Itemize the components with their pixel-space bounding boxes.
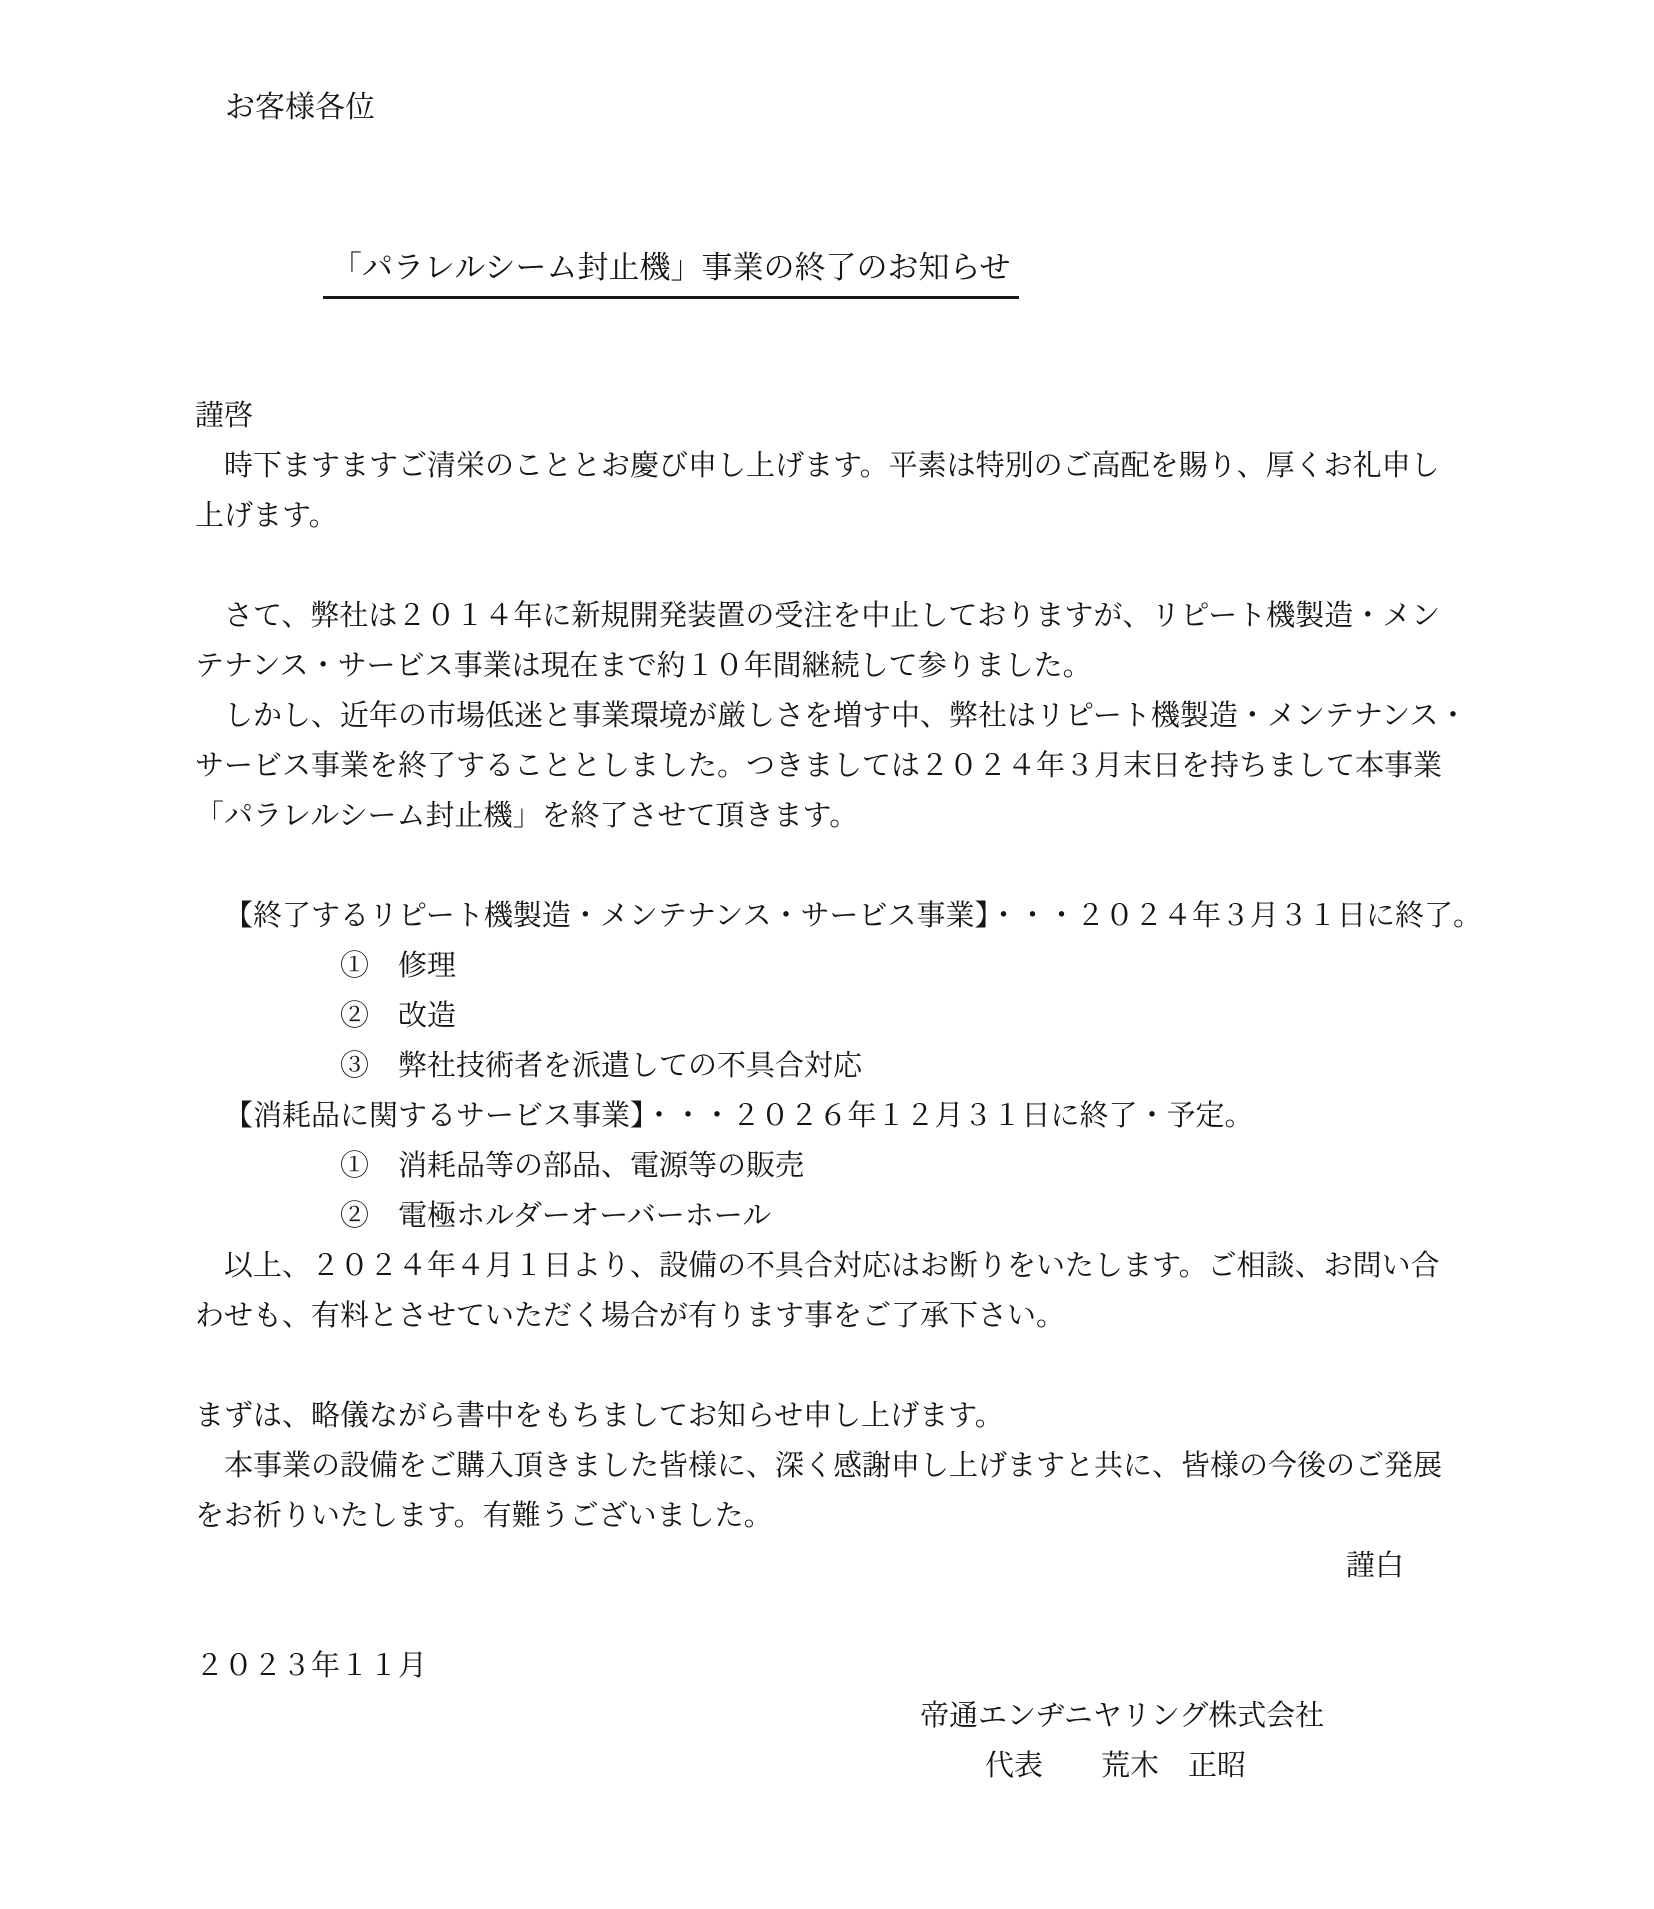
doc-line: まずは、略儀ながら書中をもちましてお知らせ申し上げます。	[195, 1391, 1484, 1441]
recipient-line: お客様各位	[195, 88, 1484, 128]
letter-document: お客様各位 「パラレルシーム封止機」事業の終了のお知らせ 謹啓時下ますますご清栄…	[0, 0, 1654, 1909]
doc-line: 本事業の設備をご購入頂きました皆様に、深く感謝申し上げますと共に、皆様の今後のご…	[195, 1441, 1484, 1491]
doc-line: ③ 弊社技術者を派遣しての不具合対応	[195, 1041, 1484, 1091]
company-name: 帝通エンヂニヤリング株式会社	[920, 1691, 1484, 1741]
doc-line: サービス事業を終了することとしました。つきましては２０２４年３月末日を持ちまして…	[195, 741, 1484, 791]
doc-line: さて、弊社は２０１４年に新規開発装置の受注を中止しておりますが、リピート機製造・…	[195, 591, 1484, 641]
doc-line: ① 消耗品等の部品、電源等の販売	[195, 1141, 1484, 1191]
doc-line: ① 修理	[195, 941, 1484, 991]
doc-line: 以上、２０２４年４月１日より、設備の不具合対応はお断りをいたします。ご相談、お問…	[195, 1241, 1484, 1291]
doc-line: 【終了するリピート機製造・メンテナンス・サービス事業】・・・２０２４年３月３１日…	[195, 891, 1484, 941]
doc-line: 時下ますますご清栄のこととお慶び申し上げます。平素は特別のご高配を賜り、厚くお礼…	[195, 441, 1484, 491]
doc-line: わせも、有料とさせていただく場合が有ります事をご了承下さい。	[195, 1291, 1484, 1341]
paragraph-gap	[195, 841, 1484, 891]
doc-line: ② 改造	[195, 991, 1484, 1041]
page-title: 「パラレルシーム封止機」事業の終了のお知らせ	[323, 246, 1019, 299]
representative-name: 代表 荒木 正昭	[985, 1741, 1484, 1791]
date-line: ２０２３年１１月	[195, 1641, 1484, 1691]
paragraph-gap	[195, 1591, 1484, 1641]
doc-line: ② 電極ホルダーオーバーホール	[195, 1191, 1484, 1241]
letter-body: 謹啓時下ますますご清栄のこととお慶び申し上げます。平素は特別のご高配を賜り、厚く…	[195, 391, 1484, 1541]
doc-line: 上げます。	[195, 491, 1484, 541]
doc-line: 【消耗品に関するサービス事業】・・・２０２６年１２月３１日に終了・予定。	[195, 1091, 1484, 1141]
doc-line: をお祈りいたします。有難うございました。	[195, 1491, 1484, 1541]
doc-line: しかし、近年の市場低迷と事業環境が厳しさを増す中、弊社はリピート機製造・メンテナ…	[195, 691, 1484, 741]
doc-line: テナンス・サービス事業は現在まで約１０年間継続して参りました。	[195, 641, 1484, 691]
doc-line: 「パラレルシーム封止機」を終了させて頂きます。	[195, 791, 1484, 841]
doc-line: 謹啓	[195, 391, 1484, 441]
paragraph-gap	[195, 541, 1484, 591]
letter-content: お客様各位 「パラレルシーム封止機」事業の終了のお知らせ 謹啓時下ますますご清栄…	[0, 0, 1654, 1791]
title-row: 「パラレルシーム封止機」事業の終了のお知らせ	[195, 246, 1484, 301]
closing-word: 謹白	[195, 1541, 1484, 1591]
paragraph-gap	[195, 1341, 1484, 1391]
